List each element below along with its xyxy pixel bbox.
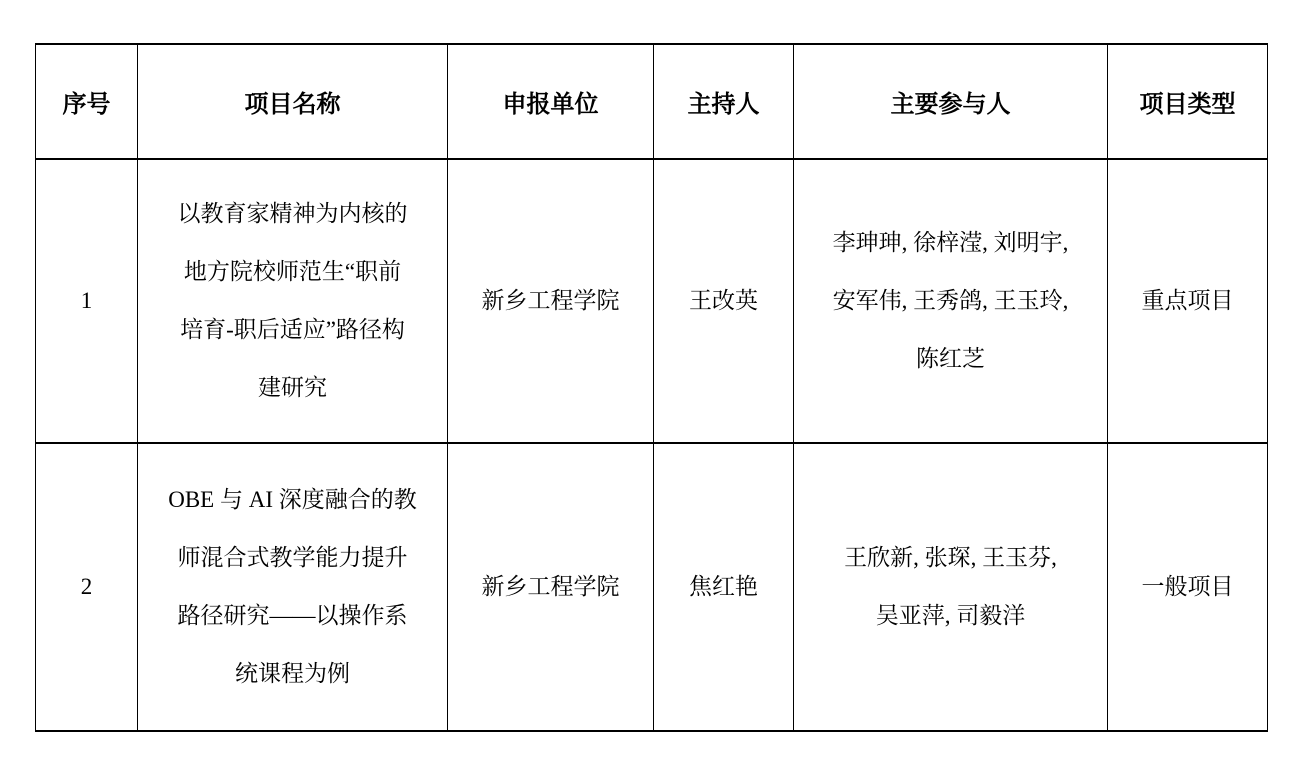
table-body: 1以教育家精神为内核的地方院校师范生“职前培育-职后适应”路径构建研究新乡工程学… — [36, 159, 1268, 731]
cell-text-line: OBE 与 AI 深度融合的教 — [144, 471, 441, 529]
cell-text-line: 一般项目 — [1114, 572, 1261, 602]
table-row: 2OBE 与 AI 深度融合的教师混合式教学能力提升路径研究——以操作系统课程为… — [36, 443, 1268, 731]
header-cell-project-name: 项目名称 — [138, 44, 448, 159]
header-row: 序号 项目名称 申报单位 主持人 主要参与人 项目类型 — [36, 44, 1268, 159]
cell-serial-number: 1 — [36, 159, 138, 443]
cell-text-line: 新乡工程学院 — [454, 286, 647, 316]
cell-host: 王改英 — [654, 159, 794, 443]
cell-text-line: 重点项目 — [1114, 286, 1261, 316]
cell-text-line: 统课程为例 — [144, 645, 441, 703]
cell-serial-number: 2 — [36, 443, 138, 731]
cell-text-line: 王改英 — [660, 286, 787, 316]
cell-text-line: 王欣新, 张琛, 王玉芬, — [800, 529, 1101, 587]
cell-project-name: 以教育家精神为内核的地方院校师范生“职前培育-职后适应”路径构建研究 — [138, 159, 448, 443]
cell-text-line: 地方院校师范生“职前 — [144, 243, 441, 301]
cell-text-line: 以教育家精神为内核的 — [144, 185, 441, 243]
table-row: 1以教育家精神为内核的地方院校师范生“职前培育-职后适应”路径构建研究新乡工程学… — [36, 159, 1268, 443]
header-cell-applying-unit: 申报单位 — [448, 44, 654, 159]
table-header: 序号 项目名称 申报单位 主持人 主要参与人 项目类型 — [36, 44, 1268, 159]
cell-text-line: 路径研究——以操作系 — [144, 587, 441, 645]
cell-text-line: 师混合式教学能力提升 — [144, 529, 441, 587]
document-page: 序号 项目名称 申报单位 主持人 主要参与人 项目类型 1以教育家精神为内核的地… — [0, 0, 1302, 771]
header-cell-main-participants: 主要参与人 — [794, 44, 1108, 159]
cell-text-line: 吴亚萍, 司毅洋 — [800, 587, 1101, 645]
header-cell-host: 主持人 — [654, 44, 794, 159]
header-cell-serial-number: 序号 — [36, 44, 138, 159]
cell-text-line: 安军伟, 王秀鸽, 王玉玲, — [800, 272, 1101, 330]
cell-project-name: OBE 与 AI 深度融合的教师混合式教学能力提升路径研究——以操作系统课程为例 — [138, 443, 448, 731]
cell-text-line: 建研究 — [144, 359, 441, 417]
cell-text-line: 新乡工程学院 — [454, 572, 647, 602]
cell-text-line: 李珅珅, 徐梓滢, 刘明宇, — [800, 214, 1101, 272]
cell-main-participants: 王欣新, 张琛, 王玉芬,吴亚萍, 司毅洋 — [794, 443, 1108, 731]
cell-applying-unit: 新乡工程学院 — [448, 443, 654, 731]
cell-text-line: 2 — [42, 572, 131, 602]
cell-main-participants: 李珅珅, 徐梓滢, 刘明宇,安军伟, 王秀鸽, 王玉玲,陈红芝 — [794, 159, 1108, 443]
cell-project-type: 重点项目 — [1108, 159, 1268, 443]
cell-project-type: 一般项目 — [1108, 443, 1268, 731]
cell-text-line: 培育-职后适应”路径构 — [144, 301, 441, 359]
projects-table: 序号 项目名称 申报单位 主持人 主要参与人 项目类型 1以教育家精神为内核的地… — [35, 43, 1268, 732]
cell-host: 焦红艳 — [654, 443, 794, 731]
cell-text-line: 1 — [42, 286, 131, 316]
cell-text-line: 焦红艳 — [660, 572, 787, 602]
header-cell-project-type: 项目类型 — [1108, 44, 1268, 159]
cell-text-line: 陈红芝 — [800, 330, 1101, 388]
cell-applying-unit: 新乡工程学院 — [448, 159, 654, 443]
